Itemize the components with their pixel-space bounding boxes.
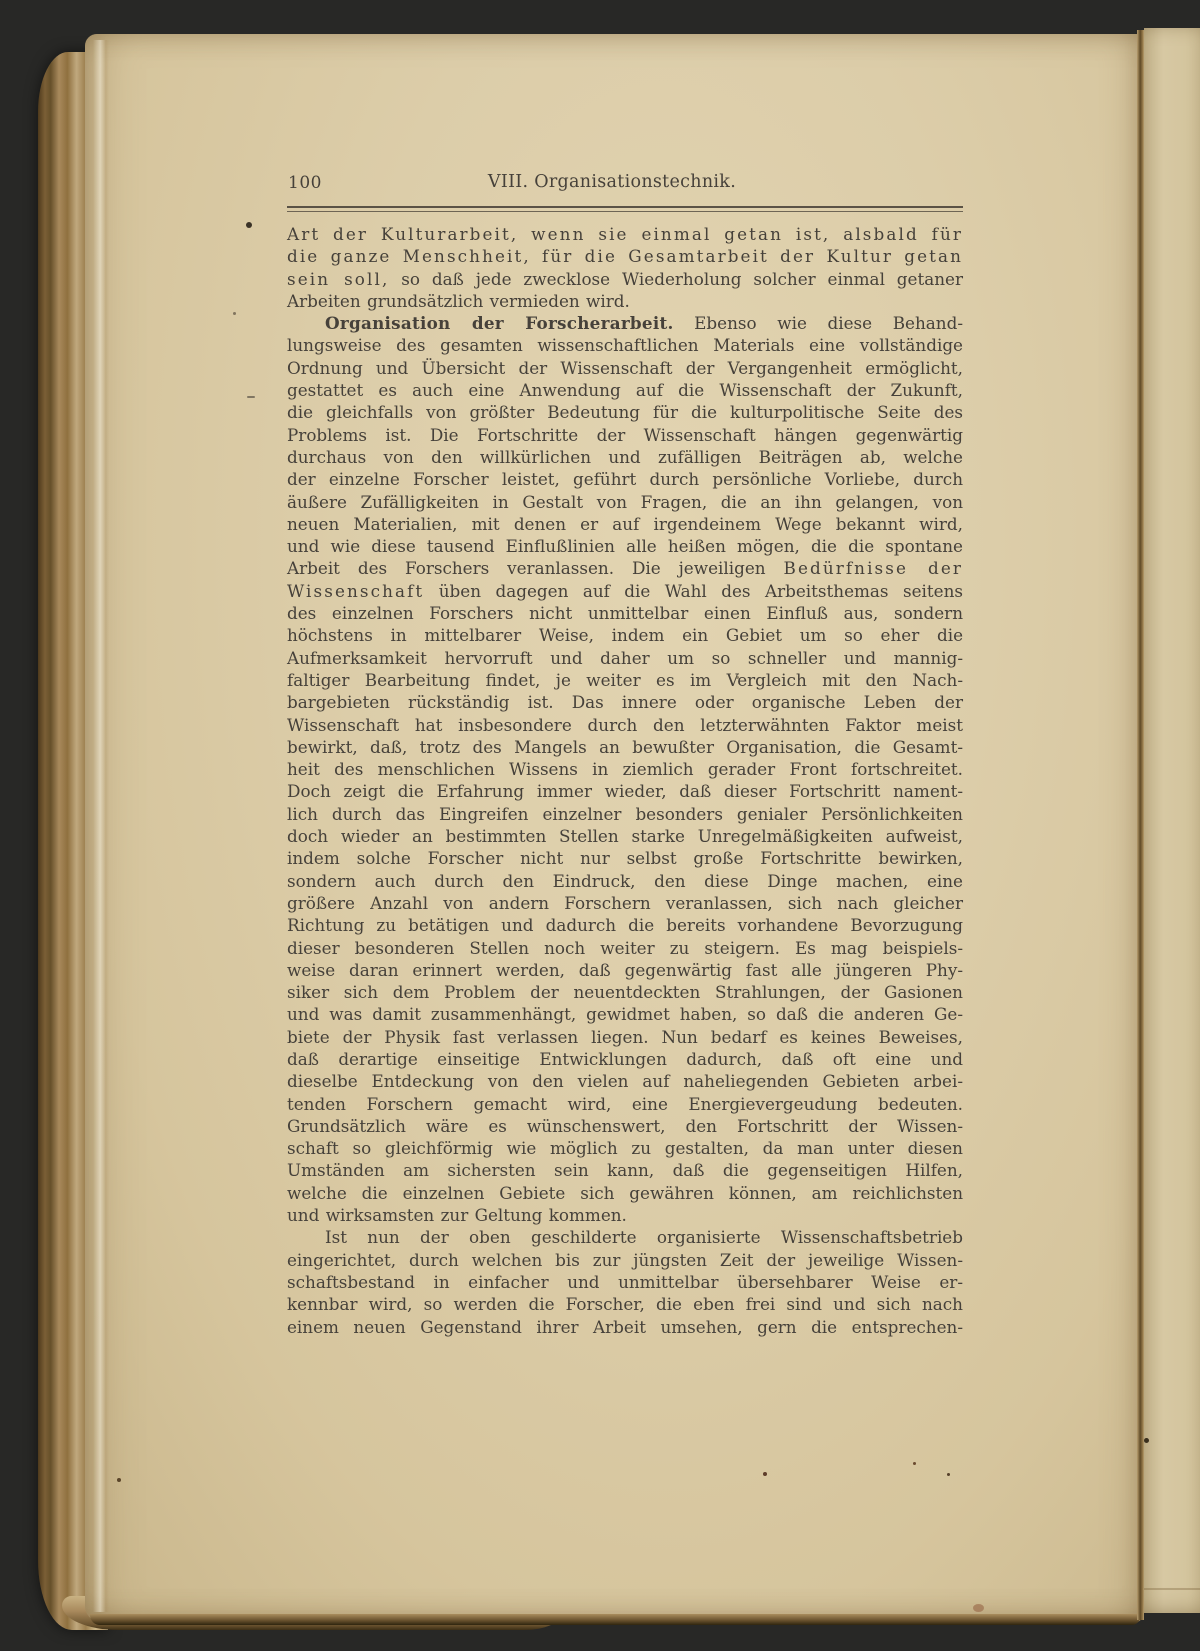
- ink-speck: [947, 1473, 950, 1476]
- text-run: Ist nun der oben geschilderte organisier…: [325, 1227, 963, 1247]
- text-line: siker sich dem Problem der neuentdeckten…: [287, 981, 963, 1003]
- text-line: Problems ist. Die Fortschritte der Wisse…: [287, 424, 963, 446]
- text-run: üben dagegen auf die Wahl des Arbeitsthe…: [424, 581, 963, 601]
- text-line: die ganze Menschheit, für die Gesamtarbe…: [287, 245, 963, 267]
- text-run: und wirksamsten zur Geltung kommen.: [287, 1205, 627, 1225]
- text-line: bargebieten rückständig ist. Das innere …: [287, 691, 963, 713]
- text-line: dieser besonderen Stellen noch weiter zu…: [287, 937, 963, 959]
- ink-speck: [247, 396, 255, 398]
- text-line: Organisation der Forscherarbeit. Ebenso …: [287, 312, 963, 334]
- text-run: die gleichfalls von größter Bedeutung fü…: [287, 402, 963, 422]
- text-line: Aufmerksamkeit hervorruft und daher um s…: [287, 647, 963, 669]
- text-run: heit des menschlichen Wissens in ziemlic…: [287, 759, 963, 779]
- text-run: Arbeit des Forschers veranlassen. Die je…: [287, 558, 784, 578]
- text-run: weise daran erinnert werden, daß gegenwä…: [287, 960, 963, 980]
- text-line: daß derartige einseitige Entwicklungen d…: [287, 1048, 963, 1070]
- ink-speck: [763, 1472, 767, 1476]
- text-run: und wie diese tausend Einflußlinien alle…: [287, 536, 963, 556]
- text-line: und wirksamsten zur Geltung kommen.: [287, 1204, 963, 1226]
- text-line: äußere Zufälligkeiten in Gestalt von Fra…: [287, 491, 963, 513]
- text-run: faltiger Bearbeitung findet, je weiter e…: [287, 670, 963, 690]
- text-line: indem solche Forscher nicht nur selbst g…: [287, 847, 963, 869]
- text-run: siker sich dem Problem der neuentdeckten…: [287, 982, 963, 1002]
- text-run: welche die einzelnen Gebiete sich gewähr…: [287, 1183, 963, 1203]
- text-line: Umständen am sichersten sein kann, daß d…: [287, 1159, 963, 1181]
- header-rule-thin: [287, 211, 963, 212]
- text-line: Richtung zu betätigen und dadurch die be…: [287, 914, 963, 936]
- text-line: Doch zeigt die Erfahrung immer wieder, d…: [287, 780, 963, 802]
- text-line: doch wieder an bestimmten Stellen starke…: [287, 825, 963, 847]
- ink-speck: [117, 1478, 121, 1482]
- ink-speck: [233, 312, 236, 315]
- text-line: größere Anzahl von andern Forschern vera…: [287, 892, 963, 914]
- text-line: lungsweise des gesamten wissenschaftlich…: [287, 334, 963, 356]
- letterspaced-run: die ganze Menschheit, für die Gesamtarbe…: [287, 246, 963, 266]
- text-run: größere Anzahl von andern Forschern vera…: [287, 893, 963, 913]
- text-run: bewirkt, daß, trotz des Mangels an bewuß…: [287, 737, 963, 757]
- text-run: sondern auch durch den Eindruck, den die…: [287, 871, 963, 891]
- text-line: höchstens in mittelbarer Weise, indem ei…: [287, 624, 963, 646]
- text-run: einem neuen Gegenstand ihrer Arbeit umse…: [287, 1317, 963, 1337]
- page-crease: [93, 40, 109, 1612]
- text-line: Ordnung und Übersicht der Wissenschaft d…: [287, 357, 963, 379]
- text-line: weise daran erinnert werden, daß gegenwä…: [287, 959, 963, 981]
- ink-speck: [913, 1462, 916, 1465]
- text-line: neuen Materialien, mit denen er auf irge…: [287, 513, 963, 535]
- text-line: Grundsätzlich wäre es wünschenswert, den…: [287, 1115, 963, 1137]
- text-run: Wissenschaft hat insbesondere durch den …: [287, 715, 963, 735]
- text-line: schaftsbestand in einfacher und unmittel…: [287, 1271, 963, 1293]
- text-run: des einzelnen Forschers nicht unmittelba…: [287, 603, 963, 623]
- text-run: doch wieder an bestimmten Stellen starke…: [287, 826, 963, 846]
- letterspaced-run: Wissenschaft: [287, 581, 424, 601]
- text-run: Ebenso wie diese Behand-: [674, 313, 963, 333]
- text-line: dieselbe Entdeckung von den vielen auf n…: [287, 1070, 963, 1092]
- text-run: Problems ist. Die Fortschritte der Wisse…: [287, 425, 963, 445]
- page-header: 100 VIII. Organisationstechnik.: [287, 170, 963, 206]
- running-header: VIII. Organisationstechnik.: [287, 172, 937, 192]
- page-bottom-edge: [90, 1614, 1140, 1625]
- text-line: und wie diese tausend Einflußlinien alle…: [287, 535, 963, 557]
- text-run: bargebieten rückständig ist. Das innere …: [287, 692, 963, 712]
- text-line: kennbar wird, so werden die Forscher, di…: [287, 1293, 963, 1315]
- text-line: sein soll, so daß jede zwecklose Wiederh…: [287, 268, 963, 290]
- text-run: tenden Forschern gemacht wird, eine Ener…: [287, 1094, 963, 1114]
- letterspaced-run: Art der Kulturarbeit, wenn sie einmal ge…: [287, 224, 963, 244]
- text-line: eingerichtet, durch welchen bis zur jüng…: [287, 1249, 963, 1271]
- text-run: Arbeiten grundsätzlich vermieden wird.: [287, 291, 630, 311]
- text-line: durchaus von den willkürlichen und zufäl…: [287, 446, 963, 468]
- text-line: des einzelnen Forschers nicht unmittelba…: [287, 602, 963, 624]
- text-run: schaftsbestand in einfacher und unmittel…: [287, 1272, 963, 1292]
- adjacent-page-sliver: [1144, 28, 1200, 1613]
- text-line: faltiger Bearbeitung findet, je weiter e…: [287, 669, 963, 691]
- text-lines: Art der Kulturarbeit, wenn sie einmal ge…: [287, 223, 963, 1338]
- text-line: die gleichfalls von größter Bedeutung fü…: [287, 401, 963, 423]
- text-run: Doch zeigt die Erfahrung immer wieder, d…: [287, 781, 963, 801]
- ink-speck: [736, 676, 739, 679]
- text-line: welche die einzelnen Gebiete sich gewähr…: [287, 1182, 963, 1204]
- text-line: heit des menschlichen Wissens in ziemlic…: [287, 758, 963, 780]
- text-line: schaft so gleichförmig wie möglich zu ge…: [287, 1137, 963, 1159]
- text-line: bewirkt, daß, trotz des Mangels an bewuß…: [287, 736, 963, 758]
- text-run: äußere Zufälligkeiten in Gestalt von Fra…: [287, 492, 963, 512]
- text-line: Ist nun der oben geschilderte organisier…: [287, 1226, 963, 1248]
- text-run: indem solche Forscher nicht nur selbst g…: [287, 848, 963, 868]
- text-line: biete der Physik fast verlassen liegen. …: [287, 1026, 963, 1048]
- text-line: Art der Kulturarbeit, wenn sie einmal ge…: [287, 223, 963, 245]
- text-line: der einzelne Forscher leistet, geführt d…: [287, 468, 963, 490]
- text-run: dieselbe Entdeckung von den vielen auf n…: [287, 1071, 963, 1091]
- text-line: und was damit zusammenhängt, gewidmet ha…: [287, 1003, 963, 1025]
- text-line: gestattet es auch eine Anwendung auf die…: [287, 379, 963, 401]
- text-line: Arbeiten grundsätzlich vermieden wird.: [287, 290, 963, 312]
- text-run: Grundsätzlich wäre es wünschenswert, den…: [287, 1116, 963, 1136]
- text-line: Wissenschaft hat insbesondere durch den …: [287, 714, 963, 736]
- text-run: Umständen am sichersten sein kann, daß d…: [287, 1160, 963, 1180]
- text-run: Aufmerksamkeit hervorruft und daher um s…: [287, 648, 963, 668]
- page-text-block: 100 VIII. Organisationstechnik. Art der …: [287, 170, 963, 1338]
- ink-speck: [1144, 1438, 1149, 1443]
- text-run: schaft so gleichförmig wie möglich zu ge…: [287, 1138, 963, 1158]
- text-run: und was damit zusammenhängt, gewidmet ha…: [287, 1004, 963, 1024]
- ink-speck: [246, 222, 252, 228]
- text-run: höchstens in mittelbarer Weise, indem ei…: [287, 625, 963, 645]
- text-run: lungsweise des gesamten wissenschaftlich…: [287, 335, 963, 355]
- text-line: tenden Forschern gemacht wird, eine Ener…: [287, 1093, 963, 1115]
- text-run: so daß jede zwecklose Wiederholung solch…: [389, 269, 963, 289]
- text-line: sondern auch durch den Eindruck, den die…: [287, 870, 963, 892]
- text-run: dieser besonderen Stellen noch weiter zu…: [287, 938, 963, 958]
- text-run: Ordnung und Übersicht der Wissenschaft d…: [287, 358, 963, 378]
- text-run: neuen Materialien, mit denen er auf irge…: [287, 514, 963, 534]
- text-run: kennbar wird, so werden die Forscher, di…: [287, 1294, 963, 1314]
- paper-stain: [973, 1604, 984, 1612]
- text-run: daß derartige einseitige Entwicklungen d…: [287, 1049, 963, 1069]
- text-run: lich durch das Eingreifen einzelner beso…: [287, 804, 963, 824]
- text-run: Richtung zu betätigen und dadurch die be…: [287, 915, 963, 935]
- adjacent-page-crease: [1144, 1588, 1200, 1590]
- text-line: einem neuen Gegenstand ihrer Arbeit umse…: [287, 1316, 963, 1338]
- text-line: lich durch das Eingreifen einzelner beso…: [287, 803, 963, 825]
- text-run: gestattet es auch eine Anwendung auf die…: [287, 380, 963, 400]
- text-run: durchaus von den willkürlichen und zufäl…: [287, 447, 963, 467]
- letterspaced-run: sein soll,: [287, 269, 389, 289]
- bold-run: Organisation der Forscherarbeit.: [325, 313, 674, 333]
- text-line: Arbeit des Forschers veranlassen. Die je…: [287, 557, 963, 579]
- header-rule-thick: [287, 206, 963, 208]
- text-line: Wissenschaft üben dagegen auf die Wahl d…: [287, 580, 963, 602]
- text-run: biete der Physik fast verlassen liegen. …: [287, 1027, 963, 1047]
- text-run: der einzelne Forscher leistet, geführt d…: [287, 469, 963, 489]
- letterspaced-run: Bedürfnisse der: [784, 558, 963, 578]
- text-run: eingerichtet, durch welchen bis zur jüng…: [287, 1250, 963, 1270]
- page-gutter-fold: [1137, 30, 1144, 1620]
